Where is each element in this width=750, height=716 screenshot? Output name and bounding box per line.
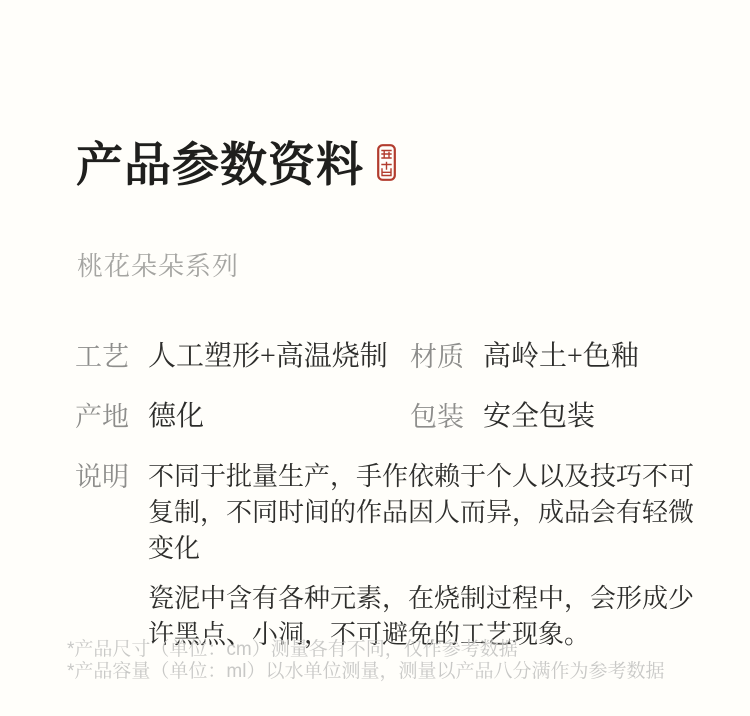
footnote-dimensions: *产品尺寸（单位：cm）测量各有不同，仅作参考数据 (67, 639, 664, 661)
series-name: 桃花朵朵系列 (77, 249, 239, 283)
spec-label-origin: 产地 (75, 399, 148, 435)
title-row: 产品参数资料 (76, 134, 396, 198)
spec-label-description: 说明 (75, 459, 148, 653)
footnotes: *产品尺寸（单位：cm）测量各有不同，仅作参考数据 *产品容量（单位：ml）以水… (67, 639, 664, 683)
spec-row-1: 工艺 人工塑形+高温烧制 材质 高岭土+色釉 (75, 339, 697, 375)
description-paragraph-1: 不同于批量生产，手作依赖于个人以及技巧不可复制，不同时间的作品因人而异，成品会有… (148, 459, 695, 567)
spec-value-craft: 人工塑形+高温烧制 (148, 339, 410, 375)
seal-stamp-icon (377, 144, 396, 186)
spec-label-packaging: 包装 (410, 399, 483, 435)
page-title: 产品参数资料 (76, 134, 364, 198)
spec-value-origin: 德化 (148, 399, 410, 435)
spec-row-2: 产地 德化 包装 安全包装 (75, 399, 697, 435)
footnote-capacity: *产品容量（单位：ml）以水单位测量，测量以产品八分满作为参考数据 (67, 661, 664, 683)
spec-label-craft: 工艺 (75, 339, 148, 375)
product-spec-page: 产品参数资料 桃花朵朵系列 工艺 人工塑形+高温烧制 材质 高岭土+色釉 产地 … (0, 0, 750, 716)
spec-value-packaging: 安全包装 (483, 399, 697, 435)
description-text: 不同于批量生产，手作依赖于个人以及技巧不可复制，不同时间的作品因人而异，成品会有… (148, 459, 695, 653)
spec-row-description: 说明 不同于批量生产，手作依赖于个人以及技巧不可复制，不同时间的作品因人而异，成… (75, 459, 697, 653)
spec-table: 工艺 人工塑形+高温烧制 材质 高岭土+色釉 产地 德化 包装 安全包装 说明 … (75, 339, 697, 653)
spec-value-material: 高岭土+色釉 (483, 339, 697, 375)
spec-label-material: 材质 (410, 339, 483, 375)
